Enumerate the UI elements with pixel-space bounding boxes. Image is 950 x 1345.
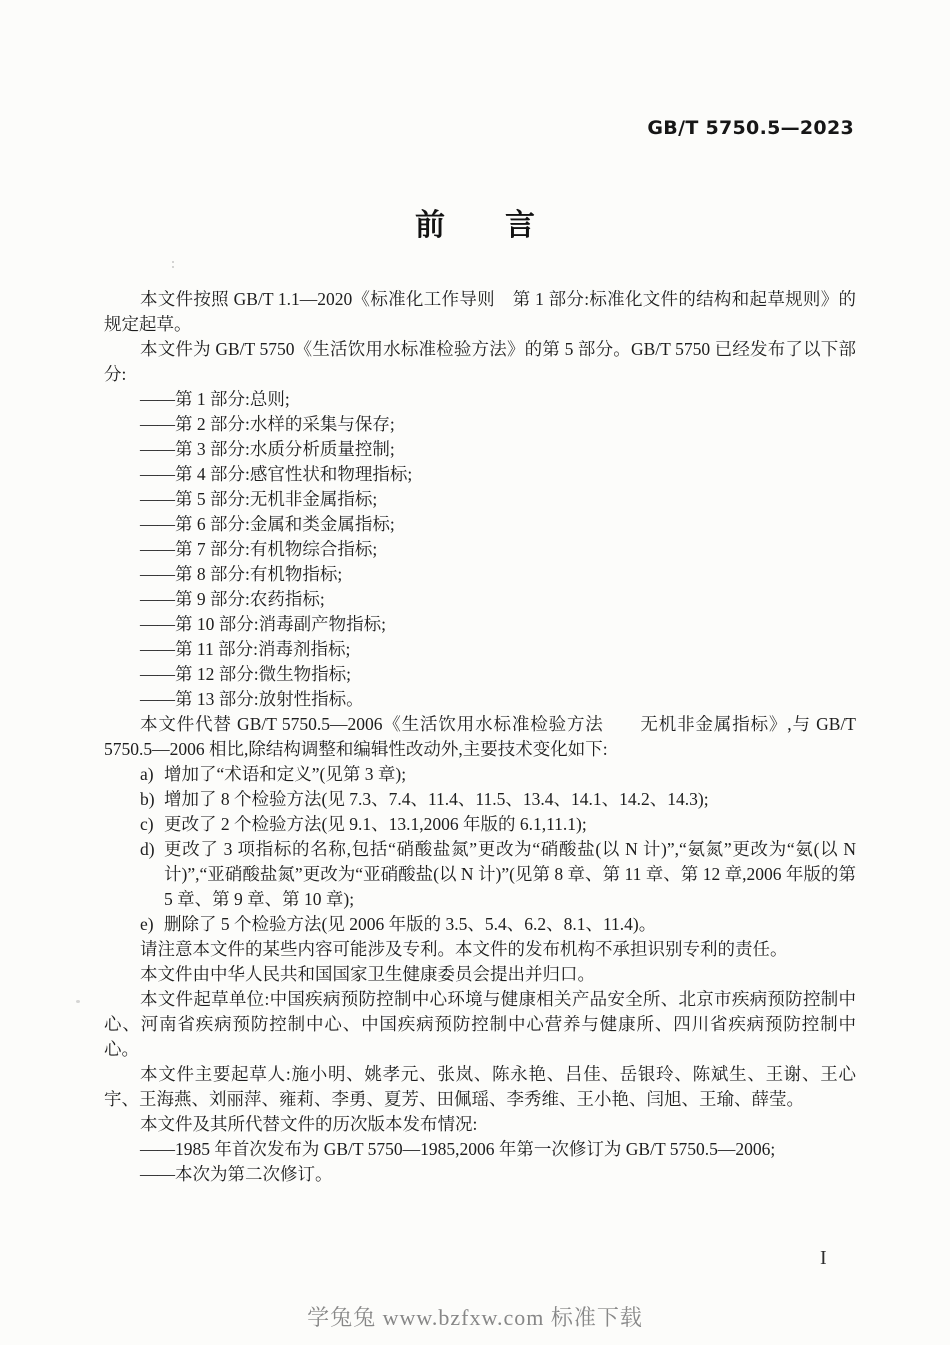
paragraph-drafting-units: 本文件起草单位:中国疾病预防控制中心环境与健康相关产品安全所、北京市疾病预防控制… <box>104 987 856 1062</box>
change-item-label: a) <box>140 762 154 787</box>
part-item: ——第 7 部分:有机物综合指标; <box>104 537 856 562</box>
paragraph-drafting-basis: 本文件按照 GB/T 1.1—2020《标准化工作导则 第 1 部分:标准化文件… <box>104 287 856 337</box>
change-item-label: c) <box>140 812 154 837</box>
page-number: I <box>820 1247 827 1270</box>
change-item-text: 增加了 8 个检验方法(见 7.3、7.4、11.4、11.5、13.4、14.… <box>164 789 709 809</box>
watermark-text: 学兔兔 www.bzfxw.com 标准下载 <box>0 1301 950 1332</box>
part-item: ——第 6 部分:金属和类金属指标; <box>104 512 856 537</box>
paragraph-issuer: 本文件由中华人民共和国国家卫生健康委员会提出并归口。 <box>104 962 856 987</box>
part-item: ——第 3 部分:水质分析质量控制; <box>104 437 856 462</box>
change-item: d) 更改了 3 项指标的名称,包括“硝酸盐氮”更改为“硝酸盐(以 N 计)”,… <box>104 837 856 912</box>
change-item: c) 更改了 2 个检验方法(见 9.1、13.1,2006 年版的 6.1,1… <box>104 812 856 837</box>
part-item: ——第 10 部分:消毒副产物指标; <box>104 612 856 637</box>
change-item-text: 更改了 2 个检验方法(见 9.1、13.1,2006 年版的 6.1,11.1… <box>164 814 587 834</box>
paragraph-patent-notice: 请注意本文件的某些内容可能涉及专利。本文件的发布机构不承担识别专利的责任。 <box>104 937 856 962</box>
parts-list: ——第 1 部分:总则; ——第 2 部分:水样的采集与保存; ——第 3 部分… <box>104 387 856 712</box>
history-list: ——1985 年首次发布为 GB/T 5750—1985,2006 年第一次修订… <box>104 1137 856 1187</box>
change-item-text: 增加了“术语和定义”(见第 3 章); <box>164 764 406 784</box>
part-item: ——第 9 部分:农药指标; <box>104 587 856 612</box>
part-item: ——第 1 部分:总则; <box>104 387 856 412</box>
scan-speck <box>172 261 174 263</box>
history-item: ——1985 年首次发布为 GB/T 5750—1985,2006 年第一次修订… <box>104 1137 856 1162</box>
change-item: b) 增加了 8 个检验方法(见 7.3、7.4、11.4、11.5、13.4、… <box>104 787 856 812</box>
page-title: 前 言 <box>0 200 950 244</box>
paragraph-drafters: 本文件主要起草人:施小明、姚孝元、张岚、陈永艳、吕佳、岳银玲、陈斌生、王谢、王心… <box>104 1062 856 1112</box>
change-item-label: d) <box>140 837 155 862</box>
part-item: ——第 11 部分:消毒剂指标; <box>104 637 856 662</box>
change-item-text: 更改了 3 项指标的名称,包括“硝酸盐氮”更改为“硝酸盐(以 N 计)”,“氨氮… <box>164 839 856 909</box>
document-page: GB/T 5750.5—2023 前 言 本文件按照 GB/T 1.1—2020… <box>0 0 950 1345</box>
history-item: ——本次为第二次修订。 <box>104 1162 856 1187</box>
paragraph-replaces: 本文件代替 GB/T 5750.5—2006《生活饮用水标准检验方法 无机非金属… <box>104 712 856 762</box>
changes-list: a) 增加了“术语和定义”(见第 3 章); b) 增加了 8 个检验方法(见 … <box>104 762 856 937</box>
change-item-label: b) <box>140 787 155 812</box>
scan-speck <box>76 1000 80 1003</box>
part-item: ——第 13 部分:放射性指标。 <box>104 687 856 712</box>
part-item: ——第 8 部分:有机物指标; <box>104 562 856 587</box>
change-item-label: e) <box>140 912 154 937</box>
standard-number: GB/T 5750.5—2023 <box>647 117 854 139</box>
paragraph-history-intro: 本文件及其所代替文件的历次版本发布情况: <box>104 1112 856 1137</box>
change-item: e) 删除了 5 个检验方法(见 2006 年版的 3.5、5.4、6.2、8.… <box>104 912 856 937</box>
part-item: ——第 4 部分:感官性状和物理指标; <box>104 462 856 487</box>
part-item: ——第 5 部分:无机非金属指标; <box>104 487 856 512</box>
change-item-text: 删除了 5 个检验方法(见 2006 年版的 3.5、5.4、6.2、8.1、1… <box>164 914 656 934</box>
paragraph-part-info: 本文件为 GB/T 5750《生活饮用水标准检验方法》的第 5 部分。GB/T … <box>104 337 856 387</box>
part-item: ——第 2 部分:水样的采集与保存; <box>104 412 856 437</box>
part-item: ——第 12 部分:微生物指标; <box>104 662 856 687</box>
change-item: a) 增加了“术语和定义”(见第 3 章); <box>104 762 856 787</box>
foreword-body: 本文件按照 GB/T 1.1—2020《标准化工作导则 第 1 部分:标准化文件… <box>104 287 856 1187</box>
